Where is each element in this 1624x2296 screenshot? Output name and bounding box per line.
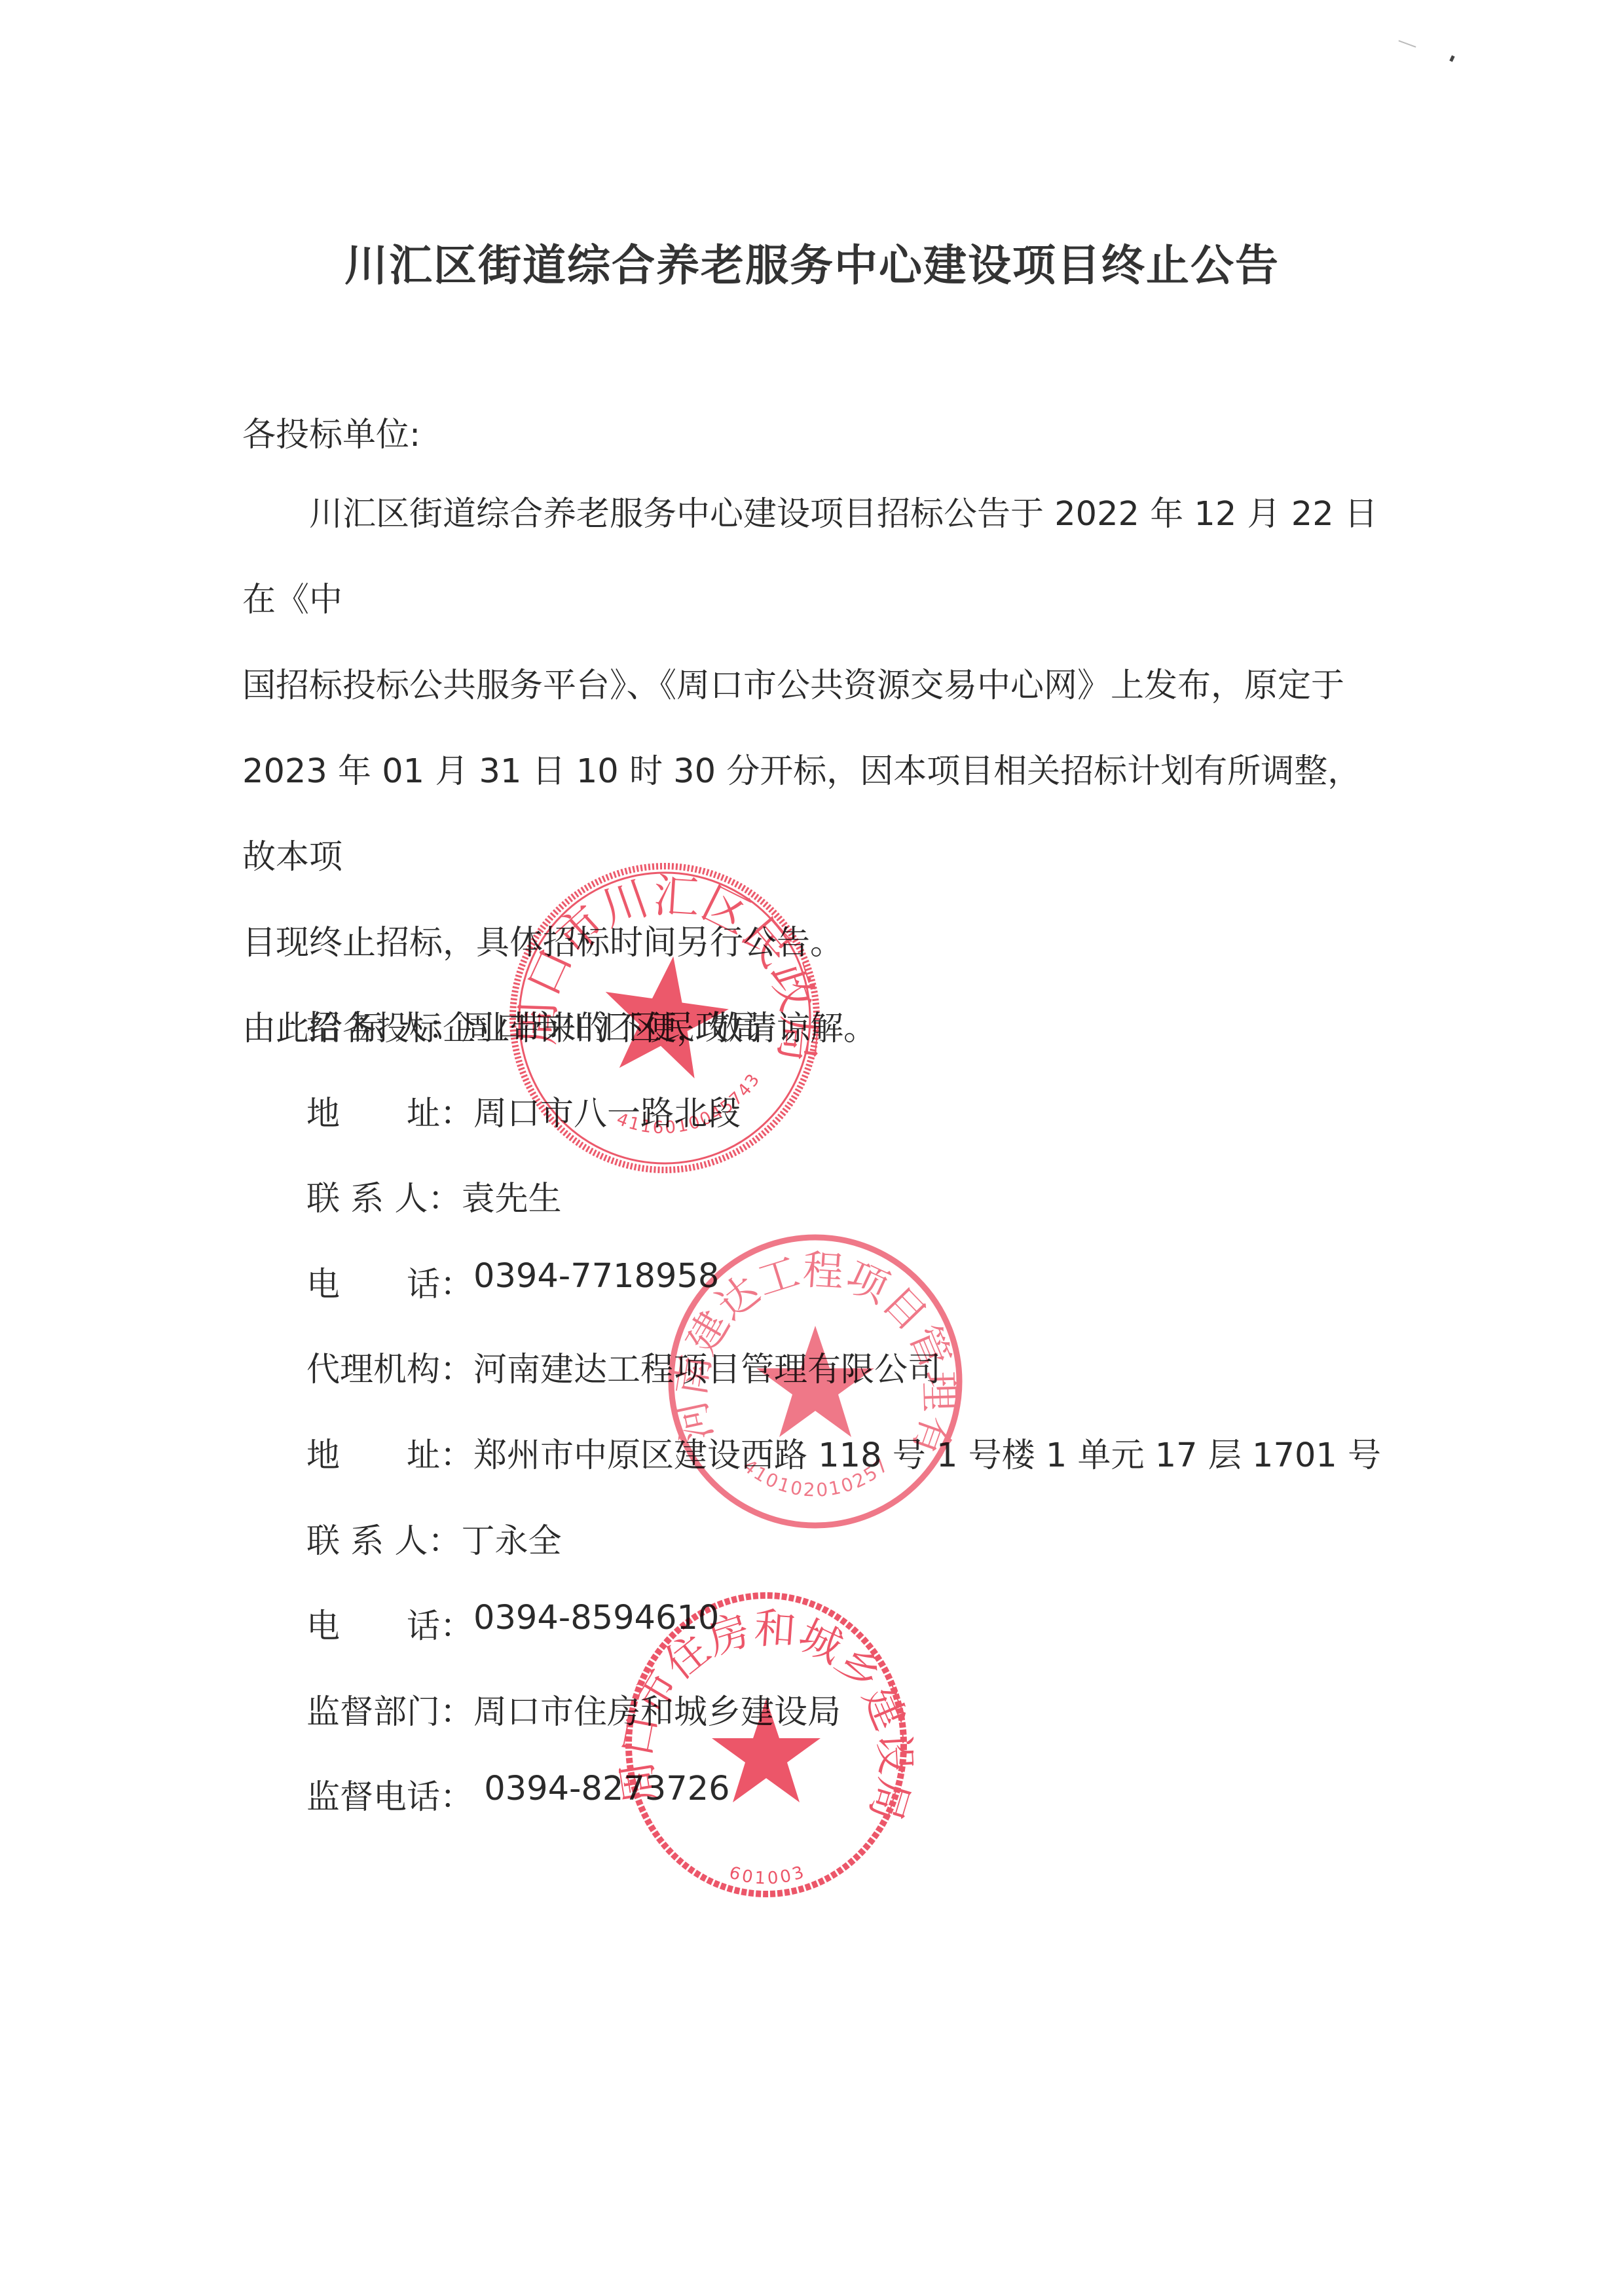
contact-value: 0394-8273726 (473, 1770, 730, 1808)
contact-value: 郑州市中原区建设西路 118 号 1 号楼 1 单元 17 层 1701 号 (473, 1428, 1381, 1476)
document-page: 川汇区街道综合养老服务中心建设项目终止公告 各投标单位: 川汇区街道综合养老服务… (0, 0, 1624, 2296)
contact-label: 地 址： (306, 1428, 473, 1476)
contact-label: 招 标 人： (306, 1000, 461, 1049)
contact-label: 电 话： (306, 1257, 473, 1305)
contact-label: 联 系 人： (306, 1514, 461, 1562)
contact-value: 0394-8594610 (473, 1599, 719, 1637)
contact-row-agency-phone: 电 话： 0394-8594610 (306, 1599, 1381, 1685)
body-line: 国招标投标公共服务平台》、《周口市公共资源交易中心网》上发布，原定于 (242, 643, 1382, 729)
body-line: 目现终止招标，具体招标时间另行公告。 (242, 900, 1382, 986)
body-line: 2023 年 01 月 31 日 10 时 30 分开标，因本项目相关招标计划有… (242, 729, 1382, 900)
contact-value: 周口市八一路北段 (473, 1086, 741, 1135)
contact-row-tenderer: 招 标 人： 周口市川汇区民政局 (306, 1000, 1381, 1086)
svg-text:601003: 601003 (727, 1862, 809, 1889)
contact-value: 周口市住房和城乡建设局 (473, 1685, 841, 1733)
contact-value: 周口市川汇区民政局 (461, 1000, 762, 1049)
contact-value: 丁永全 (461, 1514, 561, 1562)
contact-list: 招 标 人： 周口市川汇区民政局 地 址： 周口市八一路北段 联 系 人： 袁先… (306, 1000, 1381, 1855)
contact-value: 河南建达工程项目管理有限公司 (473, 1342, 941, 1391)
contact-row-agency-contact: 联 系 人： 丁永全 (306, 1514, 1381, 1599)
body-line: 川汇区街道综合养老服务中心建设项目招标公告于 2022 年 12 月 22 日在… (242, 471, 1382, 643)
contact-label: 监督部门： (306, 1685, 473, 1733)
contact-label: 电 话： (306, 1599, 473, 1647)
scan-speck (1399, 40, 1416, 47)
contact-row-address: 地 址： 周口市八一路北段 (306, 1086, 1381, 1172)
scan-speck (1449, 55, 1454, 62)
contact-value: 袁先生 (461, 1171, 561, 1220)
contact-label: 联 系 人： (306, 1171, 461, 1220)
contact-label: 地 址： (306, 1086, 473, 1135)
contact-row-agency-address: 地 址： 郑州市中原区建设西路 118 号 1 号楼 1 单元 17 层 170… (306, 1428, 1381, 1514)
contact-row-phone: 电 话： 0394-7718958 (306, 1257, 1381, 1343)
contact-row-contact-person: 联 系 人： 袁先生 (306, 1171, 1381, 1257)
document-title: 川汇区街道综合养老服务中心建设项目终止公告 (0, 230, 1624, 293)
contact-row-supervisor: 监督部门： 周口市住房和城乡建设局 (306, 1685, 1381, 1770)
contact-row-supervisor-phone: 监督电话： 0394-8273726 (306, 1770, 1381, 1855)
seal-code: 601003 (727, 1862, 809, 1889)
notice-body: 川汇区街道综合养老服务中心建设项目招标公告于 2022 年 12 月 22 日在… (242, 471, 1382, 1072)
contact-label: 监督电话： (306, 1770, 473, 1818)
salutation: 各投标单位: (242, 407, 420, 456)
contact-value: 0394-7718958 (473, 1257, 719, 1296)
contact-label: 代理机构： (306, 1342, 473, 1391)
contact-row-agency: 代理机构： 河南建达工程项目管理有限公司 (306, 1342, 1381, 1428)
